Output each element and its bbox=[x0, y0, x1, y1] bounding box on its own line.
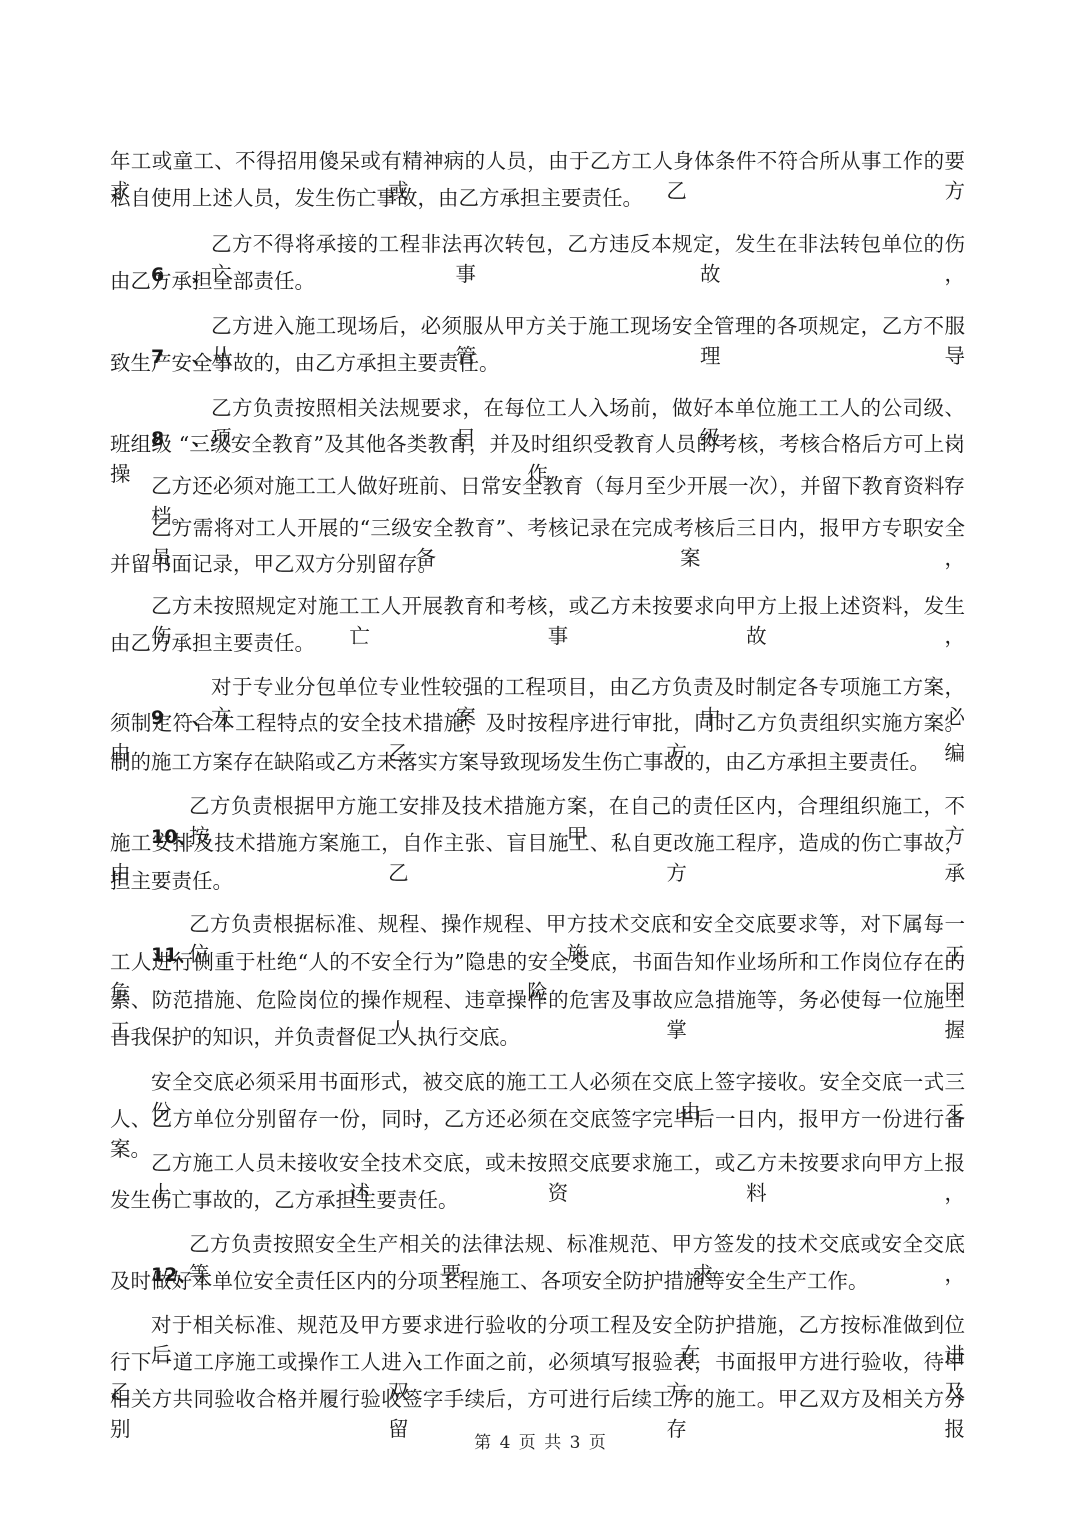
line-text: 人、乙方单位分别留存一份，同时，乙方还必须在交底签字完毕后一日内，报甲方一份进行… bbox=[110, 1104, 965, 1134]
line-text: 致生产安全事故的，由乙方承担主要责任。 bbox=[110, 348, 965, 378]
clause-line: 8、乙方负责按照相关法规要求，在每位工人入场前，做好本单位施工工人的公司级、项目… bbox=[151, 393, 965, 423]
line-text: 行下一道工序施工或操作工人进入工作面之前，必须填写报验表，书面报甲方进行验收，待… bbox=[110, 1347, 965, 1377]
text-line: 乙方施工人员未接收安全技术交底，或未按照交底要求施工，或乙方未按要求向甲方上报上… bbox=[151, 1148, 965, 1178]
text-line: 年工或童工、不得招用傻呆或有精神病的人员，由于乙方工人身体条件不符合所从事工作的… bbox=[110, 146, 965, 176]
text-line: 行下一道工序施工或操作工人进入工作面之前，必须填写报验表，书面报甲方进行验收，待… bbox=[110, 1347, 965, 1377]
line-text: 相关方共同验收合格并履行验收签字手续后，方可进行后续工序的施工。甲乙双方及相关方… bbox=[110, 1384, 965, 1414]
line-text: 私自使用上述人员，发生伤亡事故，由乙方承担主要责任。 bbox=[110, 183, 965, 213]
line-text: 乙方负责按照相关法规要求，在每位工人入场前，做好本单位施工工人的公司级、项目级、 bbox=[211, 393, 965, 423]
text-line: 相关方共同验收合格并履行验收签字手续后，方可进行后续工序的施工。甲乙双方及相关方… bbox=[110, 1384, 965, 1414]
clause-line: 10、乙方负责根据甲方施工安排及技术措施方案，在自己的责任区内，合理组织施工，不… bbox=[151, 791, 965, 821]
text-line: 对于相关标准、规范及甲方要求进行验收的分项工程及安全防护措施，乙方按标准做到位后… bbox=[151, 1310, 965, 1340]
line-text: 乙方负责根据标准、规程、操作规程、甲方技术交底和安全交底要求等，对下属每一位施工 bbox=[189, 909, 965, 939]
text-line: 班组级 “三级安全教育”及其他各类教育，并及时组织受教育人员的考核，考核合格后方… bbox=[110, 429, 965, 459]
text-line: 致生产安全事故的，由乙方承担主要责任。 bbox=[110, 348, 965, 378]
text-line: 乙方还必须对施工工人做好班前、日常安全教育（每月至少开展一次），并留下教育资料存… bbox=[151, 471, 965, 501]
clause-line: 12、乙方负责按照安全生产相关的法律法规、标准规范、甲方签发的技术交底或安全交底… bbox=[151, 1229, 965, 1259]
line-text: 乙方未按照规定对施工工人开展教育和考核，或乙方未按要求向甲方上报上述资料，发生伤… bbox=[151, 591, 965, 621]
line-text: 年工或童工、不得招用傻呆或有精神病的人员，由于乙方工人身体条件不符合所从事工作的… bbox=[110, 146, 965, 176]
line-text: 对于专业分包单位专业性较强的工程项目，由乙方负责及时制定各专项施工方案，方案中必 bbox=[211, 672, 965, 702]
line-text: 由乙方承担主要责任。 bbox=[110, 628, 965, 658]
line-text: 安全交底必须采用书面形式，被交底的施工工人必须在交底上签字接收。安全交底一式三份… bbox=[151, 1067, 965, 1097]
line-text: 乙方需将对工人开展的“三级安全教育”、考核记录在完成考核后三日内，报甲方专职安全… bbox=[151, 513, 965, 543]
text-line: 施工安排及技术措施方案施工，自作主张、盲目施工、私自更改施工程序，造成的伤亡事故… bbox=[110, 828, 965, 858]
text-line: 素、防范措施、危险岗位的操作规程、违章操作的危害及事故应急措施等，务必使每一位施… bbox=[110, 985, 965, 1015]
line-text: 乙方负责按照安全生产相关的法律法规、标准规范、甲方签发的技术交底或安全交底等要求… bbox=[189, 1229, 965, 1259]
clause-line: 11、乙方负责根据标准、规程、操作规程、甲方技术交底和安全交底要求等，对下属每一… bbox=[151, 909, 965, 939]
text-line: 安全交底必须采用书面形式，被交底的施工工人必须在交底上签字接收。安全交底一式三份… bbox=[151, 1067, 965, 1097]
text-line: 私自使用上述人员，发生伤亡事故，由乙方承担主要责任。 bbox=[110, 183, 965, 213]
line-text: 乙方还必须对施工工人做好班前、日常安全教育（每月至少开展一次），并留下教育资料存… bbox=[151, 471, 965, 501]
clause-line: 6、乙方不得将承接的工程非法再次转包，乙方违反本规定，发生在非法转包单位的伤亡事… bbox=[151, 229, 965, 259]
line-text: 乙方进入施工现场后，必须服从甲方关于施工现场安全管理的各项规定，乙方不服从管理导 bbox=[211, 311, 965, 341]
text-line: 须制定符合本工程特点的安全技术措施，及时按程序进行审批，同时乙方负责组织实施方案… bbox=[110, 708, 965, 738]
line-text: 乙方不得将承接的工程非法再次转包，乙方违反本规定，发生在非法转包单位的伤亡事故， bbox=[211, 229, 965, 259]
line-text: 自我保护的知识，并负责督促工人执行交底。 bbox=[110, 1022, 965, 1052]
document-page: 年工或童工、不得招用傻呆或有精神病的人员，由于乙方工人身体条件不符合所从事工作的… bbox=[0, 0, 1080, 1526]
line-text: 并留书面记录，甲乙双方分别留存。 bbox=[110, 549, 965, 579]
text-line: 由乙方承担主要责任。 bbox=[110, 628, 965, 658]
text-line: 乙方未按照规定对施工工人开展教育和考核，或乙方未按要求向甲方上报上述资料，发生伤… bbox=[151, 591, 965, 621]
line-text: 及时做好本单位安全责任区内的分项工程施工、各项安全防护措施等安全生产工作。 bbox=[110, 1266, 965, 1296]
text-line: 乙方需将对工人开展的“三级安全教育”、考核记录在完成考核后三日内，报甲方专职安全… bbox=[151, 513, 965, 543]
page-footer: 第 4 页 共 3 页 bbox=[0, 1430, 1080, 1456]
text-line: 自我保护的知识，并负责督促工人执行交底。 bbox=[110, 1022, 965, 1052]
line-text: 乙方负责根据甲方施工安排及技术措施方案，在自己的责任区内，合理组织施工，不按甲方 bbox=[189, 791, 965, 821]
text-line: 发生伤亡事故的，乙方承担主要责任。 bbox=[110, 1185, 965, 1215]
line-text: 乙方施工人员未接收安全技术交底，或未按照交底要求施工，或乙方未按要求向甲方上报上… bbox=[151, 1148, 965, 1178]
line-text: 须制定符合本工程特点的安全技术措施，及时按程序进行审批，同时乙方负责组织实施方案… bbox=[110, 708, 965, 738]
clause-line: 7、乙方进入施工现场后，必须服从甲方关于施工现场安全管理的各项规定，乙方不服从管… bbox=[151, 311, 965, 341]
line-text: 对于相关标准、规范及甲方要求进行验收的分项工程及安全防护措施，乙方按标准做到位后… bbox=[151, 1310, 965, 1340]
line-text: 发生伤亡事故的，乙方承担主要责任。 bbox=[110, 1185, 965, 1215]
text-line: 并留书面记录，甲乙双方分别留存。 bbox=[110, 549, 965, 579]
line-text: 担主要责任。 bbox=[110, 866, 965, 896]
line-text: 工人进行侧重于杜绝“人的不安全行为”隐患的安全交底，书面告知作业场所和工作岗位存… bbox=[110, 947, 965, 977]
text-line: 及时做好本单位安全责任区内的分项工程施工、各项安全防护措施等安全生产工作。 bbox=[110, 1266, 965, 1296]
line-text: 由乙方承担全部责任。 bbox=[110, 266, 965, 296]
line-text: 班组级 “三级安全教育”及其他各类教育，并及时组织受教育人员的考核，考核合格后方… bbox=[110, 429, 965, 459]
text-line: 由乙方承担全部责任。 bbox=[110, 266, 965, 296]
text-line: 担主要责任。 bbox=[110, 866, 965, 896]
clause-line: 9、对于专业分包单位专业性较强的工程项目，由乙方负责及时制定各专项施工方案，方案… bbox=[151, 672, 965, 702]
line-text: 制的施工方案存在缺陷或乙方未落实方案导致现场发生伤亡事故的，由乙方承担主要责任。 bbox=[110, 747, 965, 777]
text-line: 制的施工方案存在缺陷或乙方未落实方案导致现场发生伤亡事故的，由乙方承担主要责任。 bbox=[110, 747, 965, 777]
line-text: 施工安排及技术措施方案施工，自作主张、盲目施工、私自更改施工程序，造成的伤亡事故… bbox=[110, 828, 965, 858]
text-line: 工人进行侧重于杜绝“人的不安全行为”隐患的安全交底，书面告知作业场所和工作岗位存… bbox=[110, 947, 965, 977]
line-text: 素、防范措施、危险岗位的操作规程、违章操作的危害及事故应急措施等，务必使每一位施… bbox=[110, 985, 965, 1015]
text-line: 人、乙方单位分别留存一份，同时，乙方还必须在交底签字完毕后一日内，报甲方一份进行… bbox=[110, 1104, 965, 1134]
